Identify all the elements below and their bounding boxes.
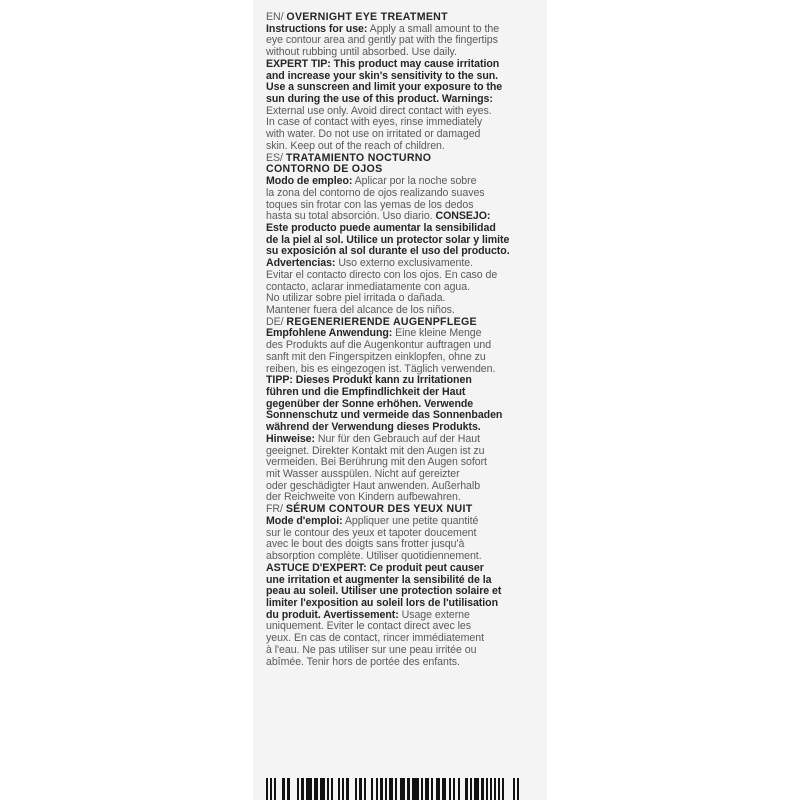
barcode-bar [412, 778, 419, 800]
language-code: FR/ [266, 503, 286, 515]
text-line: sun during the use of this product. Warn… [266, 94, 538, 106]
label-section-de: DE/ REGENERIERENDE AUGENPFLEGEEmpfohlene… [266, 317, 538, 505]
language-code: ES/ [266, 152, 286, 164]
text-line: mit Wasser ausspülen. Nicht auf gereizte… [266, 469, 538, 481]
text-line: abîmée. Tenir hors de portée des enfants… [266, 657, 538, 669]
language-code: DE/ [266, 316, 286, 328]
label-section-es: ES/ TRATAMIENTO NOCTURNOCONTORNO DE OJOS… [266, 153, 538, 317]
label-section-fr: FR/ SÉRUM CONTOUR DES YEUX NUITMode d'em… [266, 504, 538, 668]
text-line: Hinweise: Nur für den Gebrauch auf der H… [266, 434, 538, 446]
text-line: la zona del contorno de ojos realizando … [266, 188, 538, 200]
language-code: EN/ [266, 11, 286, 23]
text-line: Mode d'emploi: Appliquer une petite quan… [266, 516, 538, 528]
barcode-bar [290, 778, 297, 800]
barcode-bar [519, 778, 521, 800]
label-section-en: EN/ OVERNIGHT EYE TREATMENTInstructions … [266, 12, 538, 153]
text-line: à l'eau. Ne pas utiliser sur une peau ir… [266, 645, 538, 657]
text-line: sanft mit den Fingerspitzen einklopfen, … [266, 352, 538, 364]
multilingual-instructions: EN/ OVERNIGHT EYE TREATMENTInstructions … [266, 12, 538, 668]
text-line: Evitar el contacto directo con los ojos.… [266, 270, 538, 282]
product-label-panel: EN/ OVERNIGHT EYE TREATMENTInstructions … [253, 0, 547, 800]
barcode [266, 778, 538, 800]
barcode-bar [504, 778, 513, 800]
